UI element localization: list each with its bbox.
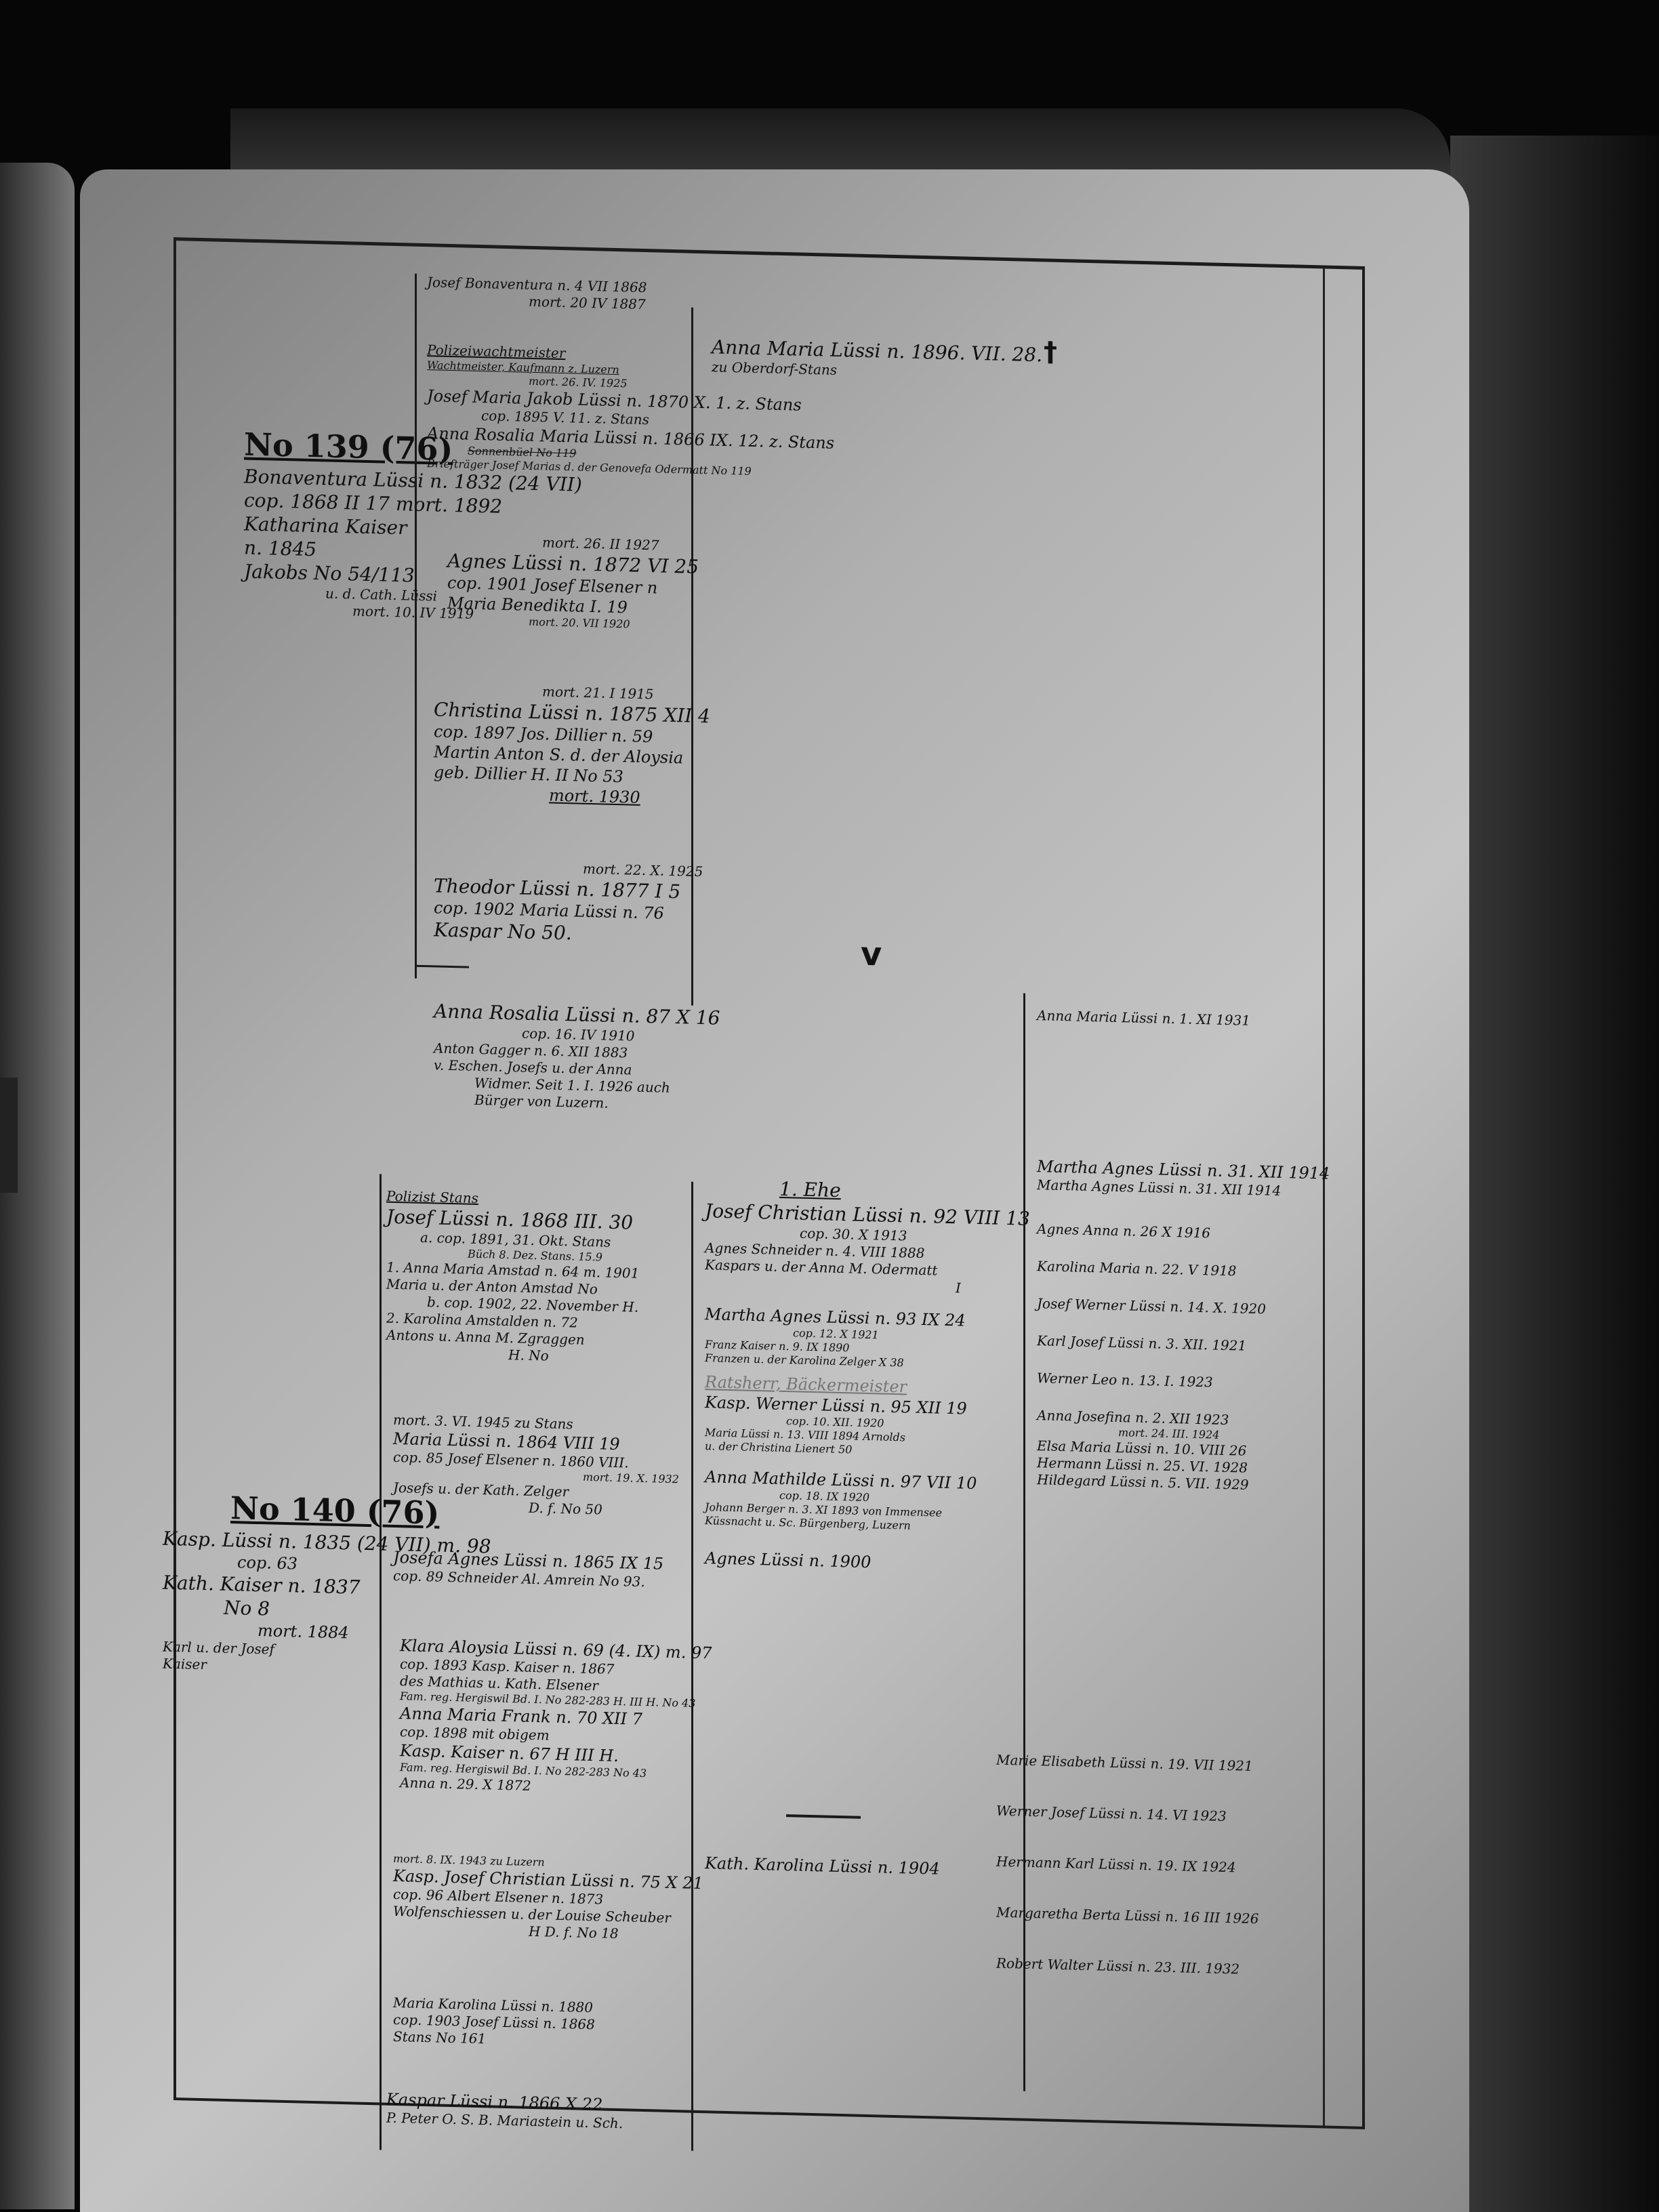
child-josef-bonaventura: Josef Bonaventura n. 4 VII 1868 mort. 20… bbox=[427, 274, 647, 313]
ruled-register-sheet: No 139 (76) Bonaventura Lüssi n. 1832 (2… bbox=[173, 237, 1365, 2129]
grandchild-kath-karolina: Kath. Karolina Lüssi n. 1904 bbox=[705, 1853, 940, 1879]
book-fore-edge bbox=[1450, 136, 1659, 2212]
child-klara-aloysia: Klara Aloysia Lüssi n. 69 (4. IX) m. 97 … bbox=[400, 1635, 712, 1799]
grandchild-anna-maria-1896: Anna Maria Lüssi n. 1896. VII. 28. zu Ob… bbox=[712, 335, 1042, 384]
separator-line bbox=[786, 1814, 861, 1819]
bracket-children-140 bbox=[380, 1174, 382, 2150]
great-grandchildren-mathilde: Marie Elisabeth Lüssi n. 19. VII 1921 We… bbox=[996, 1752, 1259, 1978]
child-christina: mort. 21. I 1915 Christina Lüssi n. 1875… bbox=[434, 680, 710, 809]
child-maria-karolina: Maria Karolina Lüssi n. 1880 cop. 1903 J… bbox=[393, 1994, 595, 2050]
child-kaspar-1866: Kaspar Lüssi n. 1866 X 22 P. Peter O. S.… bbox=[386, 2089, 623, 2133]
bracket-children-139 bbox=[415, 274, 417, 979]
child-theodor: mort. 22. X. 1925 Theodor Lüssi n. 1877 … bbox=[434, 857, 703, 948]
great-grandchildren-josef-christian: Anna Maria Lüssi n. 1. XI 1931 bbox=[1037, 1007, 1250, 1029]
bracket-corner bbox=[415, 965, 469, 968]
child-kaspar-josef-christian: mort. 8. IX. 1943 zu Luzern Kasp. Josef … bbox=[393, 1852, 703, 1944]
page-tab bbox=[0, 1078, 18, 1193]
child-anna-rosalia: Anna Rosalia Lüssi n. 87 X 16 cop. 16. I… bbox=[434, 999, 720, 1114]
check-mark: v bbox=[861, 935, 882, 974]
child-agnes: mort. 26. II 1927 Agnes Lüssi n. 1872 VI… bbox=[447, 532, 699, 633]
deceased-cross-mark: † bbox=[1044, 336, 1057, 367]
great-grandchildren-werner: Martha Agnes Lüssi n. 31. XII 1914 Marth… bbox=[1037, 1156, 1330, 1496]
grandchildren-first-marriage: 1. Ehe Josef Christian Lüssi n. 92 VIII … bbox=[705, 1175, 1030, 1576]
child-josef-1868: Polizist Stans Josef Lüssi n. 1868 III. … bbox=[386, 1188, 639, 1367]
child-maria-1864: mort. 3. VI. 1945 zu Stans Maria Lüssi n… bbox=[393, 1412, 679, 1520]
child-josefa-agnes: Josefa Agnes Lüssi n. 1865 IX 15 cop. 89… bbox=[393, 1547, 663, 1591]
